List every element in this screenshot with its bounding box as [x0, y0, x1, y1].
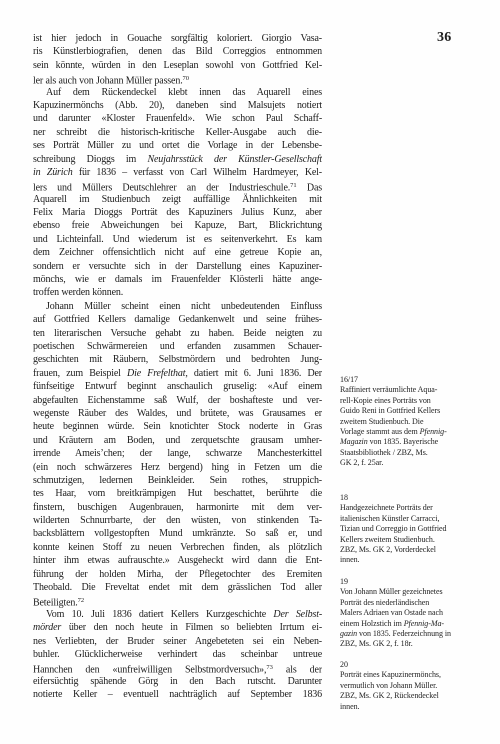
footnote-ref: 72: [78, 597, 85, 604]
text-line: schreibung Dioggs im Neujahrsstück der K…: [33, 153, 322, 166]
text-line: konnte keinen Stoff zu neuen Verbrechen …: [33, 541, 322, 554]
footnote-ref: 73: [266, 664, 273, 671]
margin-note-line: einem Holzstich im Pfennig-Ma-: [340, 619, 486, 629]
italic-title: in Zürich: [33, 167, 73, 178]
margin-note-line: Tizian und Correggio in Gottfried: [340, 524, 486, 534]
italic-title: Neujahrsstück der Künstler-Gesellschaft: [147, 154, 322, 165]
margin-note: 20Porträt eines Kapuzinermönchs,vermutli…: [340, 660, 486, 712]
margin-note-line: vermutlich von Johann Müller.: [340, 681, 486, 691]
text-line: geschichten mit Räubern, Selbstmördern u…: [33, 353, 322, 366]
margin-note-line: Porträt eines Kapuzinermönchs,: [340, 670, 486, 680]
margin-note-label: 19: [340, 577, 486, 587]
margin-note-line: Vorlage stammt aus dem Pfennig-: [340, 427, 486, 437]
document-page: 36 ist hier jedoch in Gouache sorgfältig…: [0, 0, 500, 744]
italic-title: Die Frefelthat,: [127, 368, 188, 379]
margin-note-line: ZBZ, Ms. GK 2, Rückendeckel: [340, 691, 486, 701]
footnote-ref: 71: [290, 182, 297, 189]
text-line: Hannchen den «unfreiwilligen Selbstmordv…: [33, 661, 322, 674]
margin-note-label: 16/17: [340, 375, 486, 385]
text-line: ist hier jedoch in Gouache sorgfältig ko…: [33, 32, 322, 45]
text-line: Aquarell im Studienbuch zeigt auffällige…: [33, 193, 322, 206]
text-line: und Lichteinfall. Und wiederum ist es se…: [33, 233, 322, 246]
margin-note-label: 18: [340, 493, 486, 503]
text-line: heute beginnen würde. Sein knotichter St…: [33, 420, 322, 433]
text-line: in Zürich für 1836 – verfasst von Carl W…: [33, 166, 322, 179]
text-line: troffen werden können.: [33, 286, 322, 299]
margin-note-line: Handgezeichnete Porträts der: [340, 503, 486, 513]
text-line: Johann Müller scheint einen nicht unbede…: [33, 300, 322, 313]
text-line: schmutzigen, ledernen Beinkleider. Sein …: [33, 474, 322, 487]
margin-note-line: innen.: [340, 555, 486, 565]
italic-title: Pfennig-: [420, 427, 447, 436]
text-line: hinter ihm etwas aufrauschte.» Ausgeheck…: [33, 554, 322, 567]
text-line: backsblättern vollgestopften Mund umkrän…: [33, 527, 322, 540]
text-line: (ein noch schwärzeres Herz bergend) hing…: [33, 461, 322, 474]
text-line: sondern er versuchte sich in der Darstel…: [33, 260, 322, 273]
margin-note-line: Kellers zweitem Studienbuch.: [340, 535, 486, 545]
text-line: dem Zeichner offensichtlich nicht auf ei…: [33, 246, 322, 259]
text-line: eifersüchtig spähende Görg in den Bach r…: [33, 675, 322, 688]
margin-note-line: zweitem Studienbuch. Die: [340, 417, 486, 427]
text-line: Vom 10. Juli 1836 datiert Kellers Kurzge…: [33, 608, 322, 621]
margin-note-line: ZBZ, Ms. GK 2, Vorderdeckel: [340, 545, 486, 555]
margin-note-line: rell-Kopie eines Porträts von: [340, 396, 486, 406]
text-line: führung der holden Mirha, der Pflegetoch…: [33, 568, 322, 581]
italic-title: Der Selbst-: [273, 609, 322, 620]
margin-note-line: Porträt des niederländischen: [340, 598, 486, 608]
text-line: nes Verliebten, der Bruder seiner Angebe…: [33, 635, 322, 648]
italic-title: mörder: [33, 622, 61, 633]
text-line: abgefaulten Eichenstamme saß Wulf, der b…: [33, 394, 322, 407]
margin-note-line: Malers Adriaen van Ostade nach: [340, 608, 486, 618]
margin-note-line: innen.: [340, 702, 486, 712]
text-line: und darunter «Kloster Frauenfeld». Wie s…: [33, 112, 322, 125]
text-line: finstern, buschigen Augenbrauen, harmoni…: [33, 501, 322, 514]
margin-note-line: Von Johann Müller gezeichnetes: [340, 587, 486, 597]
text-line: Beteiligten.72: [33, 594, 322, 607]
text-line: poetischen Schwärmereien und erfanden zu…: [33, 340, 322, 353]
text-line: irrende Ameis’chen; der lange, schwarze …: [33, 447, 322, 460]
text-line: Theobald. Die Freveltat endet mit dem gr…: [33, 581, 322, 594]
text-line: mörder über den noch heute in Filmen so …: [33, 621, 322, 634]
text-line: ler als auch von Johann Müller passen.70: [33, 72, 322, 85]
margin-note-line: italienischen Künstler Carracci,: [340, 514, 486, 524]
text-line: tes Haar, vom breitkrämpigen Hut beschat…: [33, 487, 322, 500]
margin-note-line: gazin von 1835. Federzeichnung in: [340, 629, 486, 639]
margin-notes-column: 16/17Raffiniert verräumlichte Aqua-rell-…: [340, 0, 486, 744]
margin-note: 19Von Johann Müller gezeichnetesPorträt …: [340, 577, 486, 650]
italic-title: gazin: [340, 629, 357, 638]
text-line: mönchs, wie er damals im Frauenfelder Kl…: [33, 273, 322, 286]
text-line: ner schreibt die historisch-kritische Ke…: [33, 126, 322, 139]
margin-note-line: Magazin von 1835. Bayerische: [340, 437, 486, 447]
text-line: buhler. Glücklicherweise verhindert das …: [33, 648, 322, 661]
margin-note-line: Raffiniert verräumlichte Aqua-: [340, 385, 486, 395]
text-line: fünfseitige Entwurf beginnt anschaulich …: [33, 380, 322, 393]
margin-note: 18Handgezeichnete Porträts deritalienisc…: [340, 493, 486, 566]
margin-note-line: Guido Reni in Gottfried Kellers: [340, 406, 486, 416]
text-line: und Kräutern am Boden, und zerquetschte …: [33, 434, 322, 447]
footnote-ref: 70: [183, 75, 190, 82]
text-line: ten literarischen Versuche gehabt zu hab…: [33, 327, 322, 340]
text-line: ris Künstlerbiografien, denen das Bild C…: [33, 45, 322, 58]
margin-note-line: ZBZ, Ms. GK 2, f. 18r.: [340, 639, 486, 649]
italic-title: Pfennig-Ma-: [404, 619, 444, 628]
text-line: notierte Keller – eventuell nachträglich…: [33, 688, 322, 701]
text-line: ebenso freie Abweichungen bei Kapuze, Ba…: [33, 219, 322, 232]
text-line: Kapuzinermönchs (Abb. 20), daneben sind …: [33, 99, 322, 112]
text-line: Felix Maria Dioggs Porträt des Kapuziner…: [33, 206, 322, 219]
italic-title: Magazin: [340, 437, 368, 446]
text-line: frauen, zum Beispiel Die Frefelthat, dat…: [33, 367, 322, 380]
text-line: auf Gottfried Kellers damalige Gedankenw…: [33, 313, 322, 326]
text-line: sein könnte, würden in den Leseplan sowo…: [33, 59, 322, 72]
text-line: lers und Müllers Deutschlehrer an der In…: [33, 179, 322, 192]
text-line: Auf dem Rückendeckel klebt innen das Aqu…: [33, 86, 322, 99]
text-line: ses Porträt Müller zu und ortet die Vorl…: [33, 139, 322, 152]
margin-note: 16/17Raffiniert verräumlichte Aqua-rell-…: [340, 375, 486, 469]
margin-note-label: 20: [340, 660, 486, 670]
text-line: wegenste Räuber des Waldes, und brütete,…: [33, 407, 322, 420]
main-text-column: ist hier jedoch in Gouache sorgfältig ko…: [33, 32, 322, 702]
text-line: wilderten Schnurrbarte, der den wüsten, …: [33, 514, 322, 527]
margin-note-line: Staatsbibliothek / ZBZ, Ms.: [340, 448, 486, 458]
margin-note-line: GK 2, f. 25ar.: [340, 458, 486, 468]
